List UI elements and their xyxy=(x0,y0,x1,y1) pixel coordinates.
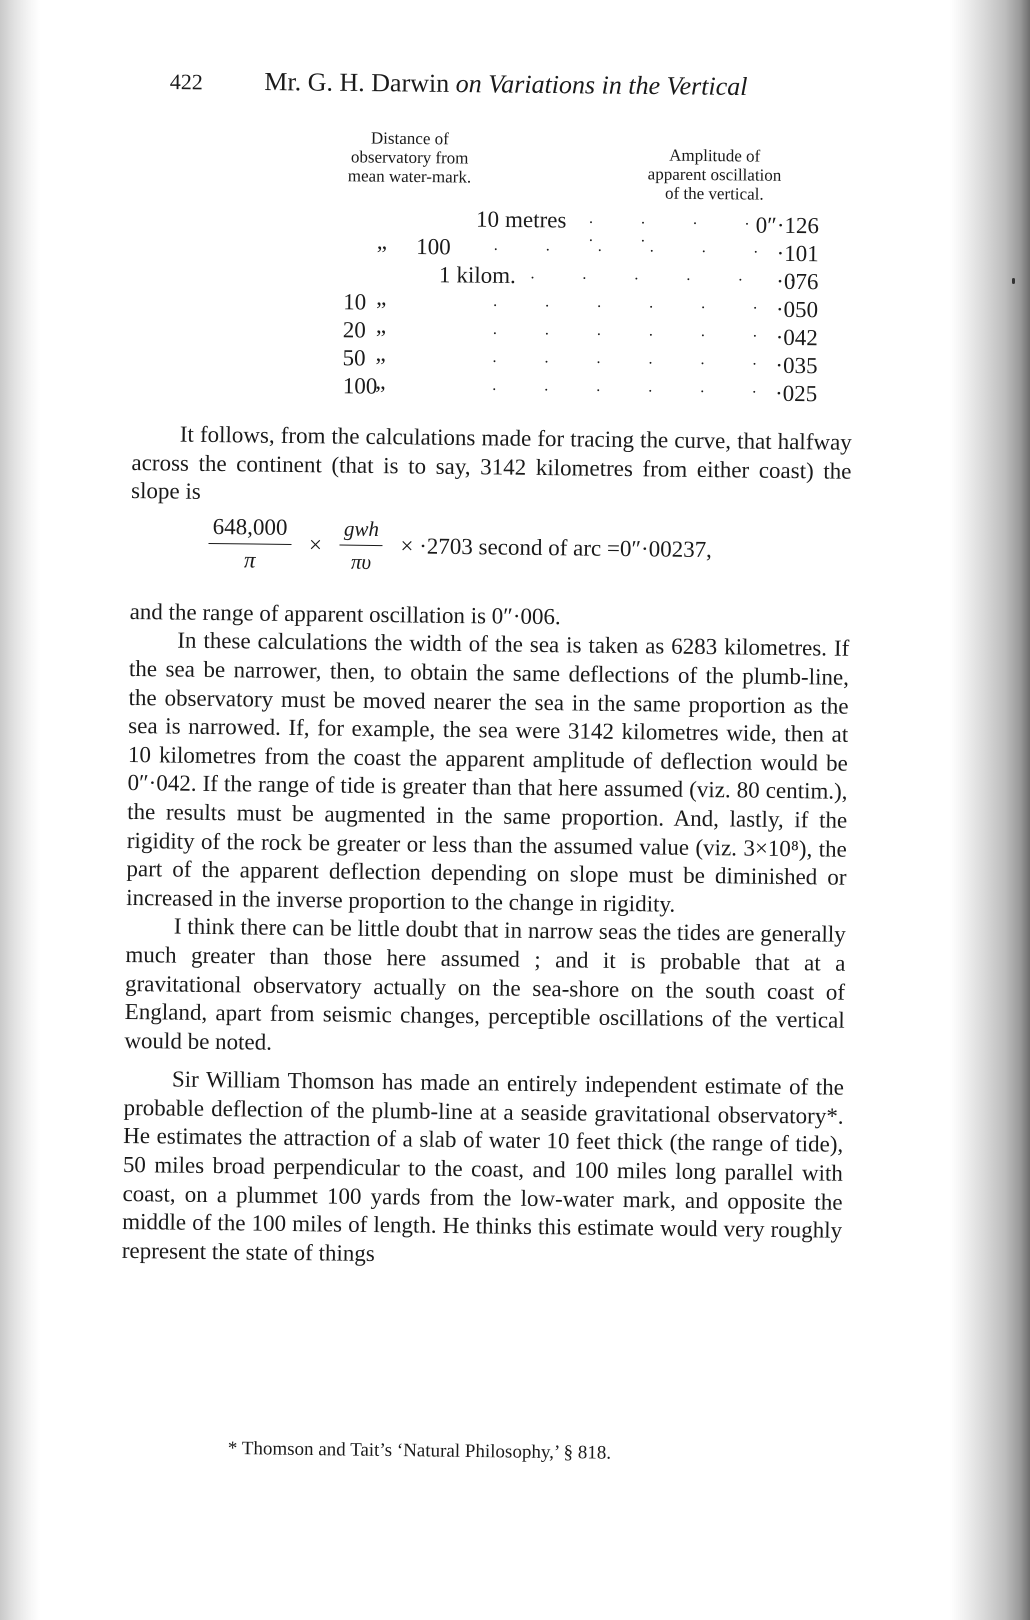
amplitude-value: ·025 xyxy=(697,380,817,407)
distance-value: 100 xyxy=(416,234,451,260)
amplitude-value: ·076 xyxy=(698,268,818,295)
amplitude-value: 0″·126 xyxy=(699,212,819,239)
scanned-page: 422 Mr. G. H. Darwin on Variations in th… xyxy=(0,0,1030,1620)
running-title: Mr. G. H. Darwin on Variations in the Ve… xyxy=(264,67,747,101)
distance-value: 20 xyxy=(343,317,366,343)
running-header: 422 Mr. G. H. Darwin on Variations in th… xyxy=(170,66,830,103)
amplitude-value: ·042 xyxy=(698,324,818,351)
distance-value: 10 xyxy=(343,289,366,315)
distance-unit: metres xyxy=(505,207,567,234)
distance-value: 50 xyxy=(342,345,365,371)
author-name: Mr. G. H. Darwin xyxy=(264,67,449,98)
amplitude-value: ·101 xyxy=(699,240,819,267)
times-sign: × xyxy=(309,531,322,560)
slope-formula: 648,000 π × gwh πυ × ·2703 second of arc… xyxy=(202,513,851,595)
paragraph: I think there can be little doubt that i… xyxy=(124,912,846,1064)
scan-speck xyxy=(1012,278,1015,284)
paragraph: It follows, from the calculations made f… xyxy=(131,420,852,515)
formula-result: × ·2703 second of arc =0″·00237, xyxy=(400,532,712,564)
table-body: 10 metres . . . . . . 0″·126 100 ” . . .… xyxy=(317,205,819,406)
distance-value: 100 xyxy=(343,373,378,399)
distance-value: 1 xyxy=(439,262,451,288)
fraction-648000-over-pi: 648,000 π xyxy=(208,513,292,576)
column-header-amplitude: Amplitude of apparent oscillation of the… xyxy=(609,145,820,204)
paragraph: Sir William Thomson has made an entirely… xyxy=(122,1065,844,1274)
page-number: 422 xyxy=(170,69,258,96)
amplitude-value: ·035 xyxy=(697,352,817,379)
amplitude-table: Distance of observatory from mean water-… xyxy=(320,128,820,133)
footnote: * Thomson and Tait’s ‘Natural Philosophy… xyxy=(228,1438,828,1467)
article-title: on Variations in the Vertical xyxy=(456,69,748,101)
fraction-gwh-over-piv: gwh πυ xyxy=(339,514,383,577)
ditto-mark: ” xyxy=(375,382,385,408)
body-text: It follows, from the calculations made f… xyxy=(122,420,852,1274)
distance-value: 10 xyxy=(476,207,499,233)
amplitude-value: ·050 xyxy=(698,296,818,323)
table-row: 100 ” . . . . . . ·025 xyxy=(317,373,817,406)
paragraph: In these calculations the width of the s… xyxy=(126,626,849,921)
column-header-distance: Distance of observatory from mean water-… xyxy=(319,128,500,187)
distance-unit: kilom. xyxy=(456,262,516,289)
